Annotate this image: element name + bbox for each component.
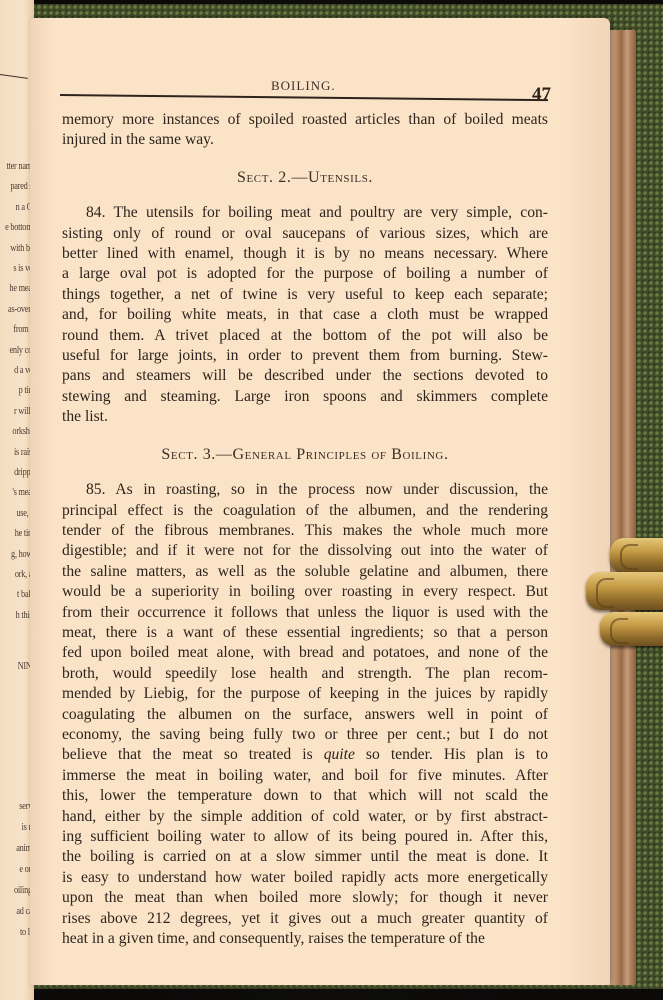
text-line: 85. As in roasting, so in the process no… — [62, 480, 548, 500]
text-line: injured in the same way. — [62, 130, 548, 150]
running-title: BOILING. — [271, 78, 336, 94]
text-line: and, for boiling white meats, in that ca… — [62, 305, 548, 325]
brass-clasp-upper — [610, 538, 663, 572]
brass-clasp-lower — [600, 612, 663, 646]
text-line: meat, there is a want of these essential… — [62, 623, 548, 643]
facing-page-text-fragment: enly co — [10, 344, 32, 356]
text-line: coagulating the albumen on the surface, … — [62, 705, 548, 725]
text-line: economy, the saving being fully two or t… — [62, 725, 548, 745]
text-line: memory more instances of spoiled roasted… — [62, 110, 548, 130]
text-line: mended by Liebig, for the purpose of kee… — [62, 684, 548, 704]
text-line: 84. The utensils for boiling meat and po… — [62, 203, 548, 223]
paragraph-85: 85. As in roasting, so in the process no… — [62, 480, 548, 949]
text-line: round them. A trivet placed at the botto… — [62, 326, 548, 346]
page-body: memory more instances of spoiled roasted… — [62, 110, 548, 949]
text-line: pans and steamers will be described unde… — [62, 366, 548, 386]
text-line: is easy to understand how water boiled r… — [62, 868, 548, 888]
facing-page-text-fragment: e bottom — [5, 221, 32, 233]
page-number: 47 — [532, 84, 551, 106]
text-line: this, lower the temperature down to that… — [62, 786, 548, 806]
text-line: better lined with enamel, though it is b… — [62, 244, 548, 264]
facing-page-text-fragment: as-oven — [8, 303, 32, 315]
text-line: useful for large joints, in order to pre… — [62, 346, 548, 366]
text-line: stewing and steaming. Large iron spoons … — [62, 387, 548, 407]
brass-clasp-middle — [586, 572, 663, 610]
text-line: ing sufficient boiling water to allow of… — [62, 827, 548, 847]
text-line: upon the meat than when boiled more slow… — [62, 888, 548, 908]
facing-page-text-fragment: g, how — [11, 548, 32, 560]
text-line: believe that the meat so treated is quit… — [62, 745, 548, 765]
text-line: digestible; and if it were not for the d… — [62, 541, 548, 561]
text-line: heat in a given time, and consequently, … — [62, 929, 548, 949]
facing-page-text-fragment: pared s — [10, 180, 32, 192]
text-line: hand, either by the simple addition of c… — [62, 807, 548, 827]
section-heading-general-principles: Sect. 3.—General Principles of Boiling. — [62, 445, 548, 465]
italic-emphasis: quite — [324, 746, 355, 763]
text-line: things together, a net of twine is very … — [62, 285, 548, 305]
text-line: the saline matters, as well as the solub… — [62, 562, 548, 582]
text-line: sisting only of round or oval saucepans … — [62, 224, 548, 244]
facing-page-rule — [0, 74, 28, 79]
text-line: immerse the meat in boiling water, and b… — [62, 766, 548, 786]
section-heading-utensils: Sect. 2.—Utensils. — [62, 168, 548, 188]
text-line: the list. — [62, 407, 548, 427]
facing-page-left: tter nampared sn a Ge bottomwith brs is … — [0, 0, 34, 1000]
text-line: broth, would speedily lose health and st… — [62, 664, 548, 684]
facing-page-text-fragment: tter nam — [7, 160, 32, 172]
text-line: fed upon boiled meat alone, with bread a… — [62, 643, 548, 663]
text-line: tender of the fibrous membranes. This ma… — [62, 521, 548, 541]
facing-page-text-fragment: he mea — [10, 282, 32, 294]
book-page: BOILING. 47 memory more instances of spo… — [30, 18, 610, 985]
continuation-paragraph: memory more instances of spoiled roasted… — [62, 110, 548, 151]
text-line: principal effect is the coagulation of t… — [62, 501, 548, 521]
facing-page-text-fragment: with br — [10, 242, 32, 254]
text-line: would be a superiority in boiling over r… — [62, 582, 548, 602]
paragraph-84: 84. The utensils for boiling meat and po… — [62, 203, 548, 427]
text-line: rises above 212 degrees, yet it gives ou… — [62, 909, 548, 929]
text-line: the boiling is carried on at a slow simm… — [62, 847, 548, 867]
header-rule — [60, 94, 548, 101]
text-line: from their occurrence it follows that un… — [62, 603, 548, 623]
text-line: a large oval pot is adopted for the purp… — [62, 264, 548, 284]
